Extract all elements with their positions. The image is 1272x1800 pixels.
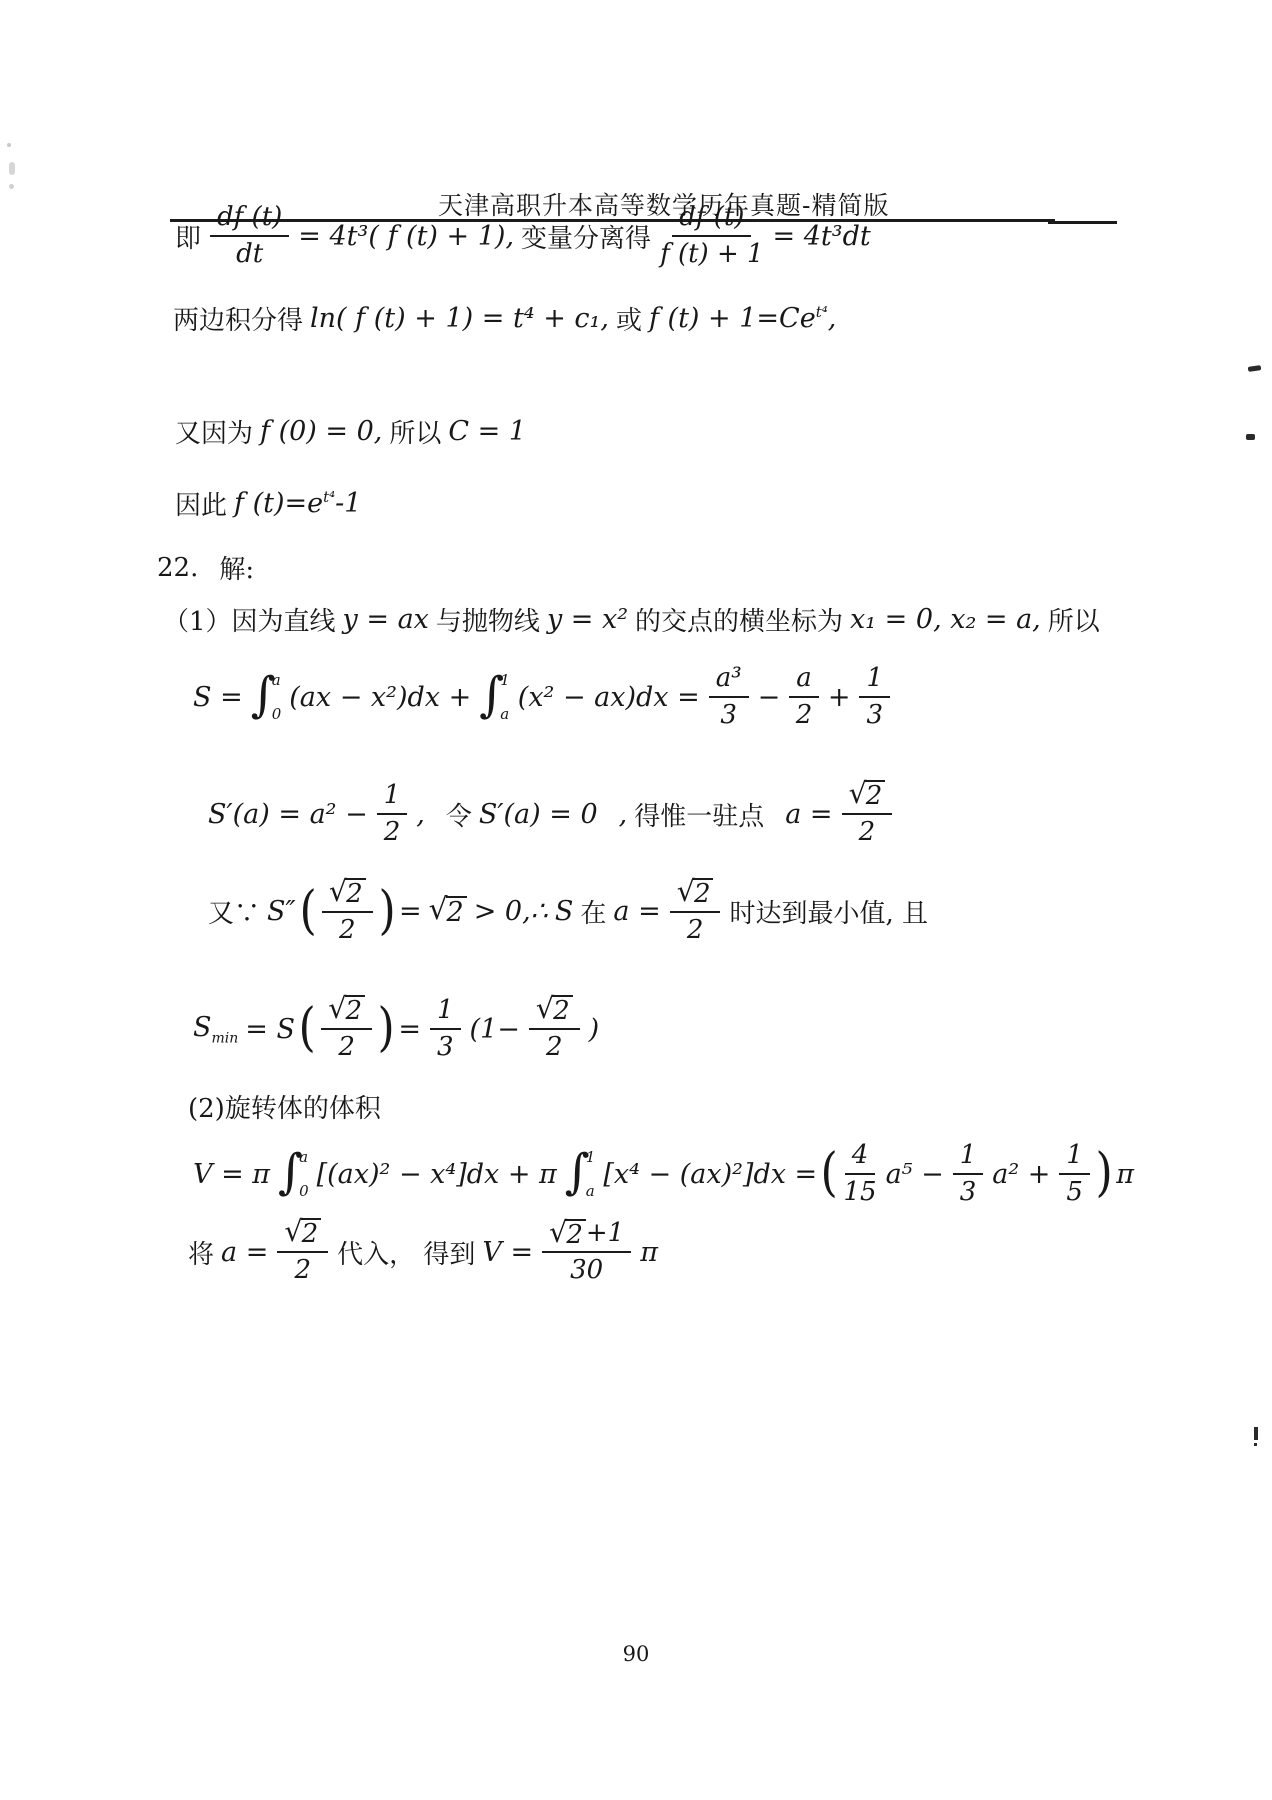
math-text: + <box>828 682 851 713</box>
math-text: V = π <box>193 1159 270 1190</box>
sqrt-expression: √2 <box>536 995 573 1026</box>
sqrt-expression: √2 <box>329 878 366 909</box>
fraction: df (t) f (t) + 1 <box>660 202 763 270</box>
math-text: f (t)=e <box>234 488 323 519</box>
fraction-denominator: 2 <box>294 1253 311 1286</box>
radicand: 2 <box>552 995 573 1026</box>
radical-sign: √ <box>549 1217 567 1247</box>
scan-artifact <box>7 143 11 147</box>
cn-text: 又∵ <box>208 893 260 930</box>
fraction: 1 5 <box>1059 1140 1090 1208</box>
radicand: 2 <box>345 995 366 1026</box>
fraction-numerator: √2 <box>670 878 721 913</box>
math-text: , <box>416 799 425 830</box>
sqrt-expression: √2 <box>328 995 365 1026</box>
cn-text: 得惟一驻点 <box>634 796 764 833</box>
step2-volume-integral: V = π ∫ a 0 [(ax)² − x⁴]dx + π ∫ 1 a [x⁴… <box>193 1140 1134 1208</box>
cn-text: 将 <box>188 1234 214 1271</box>
step1-second-derivative: 又∵ S″ ( √2 2 ) = √2 > 0,∴ S 在 a = √2 2 时… <box>208 878 928 946</box>
fraction-denominator: f (t) + 1 <box>660 237 763 270</box>
fraction: 1 3 <box>953 1140 984 1208</box>
fraction-numerator: 1 <box>430 995 461 1030</box>
scan-artifact <box>9 184 14 189</box>
math-text: [x⁴ − (ax)²]dx = <box>603 1159 817 1190</box>
cn-text: 又因为 <box>175 413 253 450</box>
fraction: 4 15 <box>843 1140 876 1208</box>
radicand: 2 <box>345 878 366 909</box>
cn-text: 代入， 得到 <box>337 1234 475 1271</box>
sqrt-expression: √2 <box>549 1219 586 1250</box>
fraction: 1 2 <box>377 780 408 848</box>
fraction-numerator: df (t) <box>672 202 751 237</box>
scan-artifact <box>1248 365 1262 372</box>
math-text: (ax − x²)dx + <box>289 682 471 713</box>
big-paren-right: ) <box>378 1008 395 1050</box>
math-text: a⁵ − <box>886 1159 944 1190</box>
big-paren-left: ( <box>299 891 316 933</box>
fraction-numerator: √2 <box>842 780 893 815</box>
fraction: √2 2 <box>670 878 721 946</box>
math-text: S″ <box>267 896 296 927</box>
math-text: π <box>1116 1159 1134 1190</box>
math-text: C = 1 <box>448 416 526 447</box>
math-text: a² + <box>992 1159 1050 1190</box>
step2-volume-result: 将 a = √2 2 代入， 得到 V = √2+1 30 π <box>188 1218 658 1286</box>
fraction: √2 2 <box>529 995 580 1063</box>
cn-text: （1）因为直线 <box>163 601 336 638</box>
integral: ∫ 1 a <box>565 1145 596 1203</box>
sqrt-expression: √2 <box>429 896 467 928</box>
math-text: (1− <box>470 1014 520 1045</box>
math-text: = 4t³dt <box>773 221 871 252</box>
cn-text: 所以 <box>1048 601 1100 638</box>
radicand: 2 <box>693 878 714 909</box>
fraction-numerator: √2+1 <box>542 1218 631 1253</box>
scan-artifact <box>1254 1443 1257 1446</box>
scan-artifact <box>1246 434 1255 440</box>
fraction-numerator: √2 <box>529 995 580 1030</box>
fraction-numerator: 1 <box>859 663 890 698</box>
fraction: √2 2 <box>842 780 893 848</box>
scan-artifact <box>9 162 15 175</box>
fraction-denominator: 2 <box>338 1030 355 1063</box>
fraction: df (t) dt <box>210 202 289 270</box>
sqrt-expression: √2 <box>284 1218 321 1249</box>
big-paren-left: ( <box>821 1153 838 1195</box>
cn-text: 因此 <box>175 485 227 522</box>
math-text: x₁ = 0, x₂ = a, <box>850 604 1041 635</box>
radical-sign: √ <box>536 993 554 1023</box>
fraction-numerator: a³ <box>709 663 749 698</box>
radicand: 2 <box>565 1219 586 1250</box>
math-text: , <box>619 799 628 830</box>
problem-22-label: 22. 解: <box>157 549 254 586</box>
fraction: √2 2 <box>322 878 373 946</box>
radical-sign: √ <box>328 993 346 1023</box>
radical-sign: √ <box>677 876 695 906</box>
superscript-exponent: t⁴ <box>816 303 828 321</box>
math-text: +1 <box>586 1218 624 1249</box>
subscript-label: min <box>212 1030 239 1046</box>
step1-min-value: Smin = S ( √2 2 ) = 1 3 (1− √2 2 ) <box>193 995 599 1063</box>
fraction-numerator: 1 <box>1059 1140 1090 1175</box>
fraction-numerator: √2 <box>321 995 372 1030</box>
math-text: > 0,∴ <box>474 896 548 927</box>
big-paren-right: ) <box>378 891 395 933</box>
math-text: ln( f (t) + 1) = t⁴ + c₁, <box>310 303 609 334</box>
fraction-numerator: √2 <box>277 1218 328 1253</box>
sqrt-expression: √2 <box>849 780 886 811</box>
math-text: = <box>398 1014 421 1045</box>
math-text: S′(a) = 0 <box>479 799 598 830</box>
fraction: a 2 <box>789 663 819 731</box>
fraction-numerator: a <box>789 663 819 698</box>
math-text: a = <box>221 1237 268 1268</box>
page-number: 90 <box>0 1642 1272 1666</box>
fraction-denominator: 2 <box>546 1030 563 1063</box>
cn-text: 时达到最小值, 且 <box>729 893 928 930</box>
fraction: √2+1 30 <box>542 1218 631 1286</box>
math-text: π <box>640 1237 658 1268</box>
step1-area-integral: S = ∫ a 0 (ax − x²)dx + ∫ 1 a (x² − ax)d… <box>193 663 892 731</box>
radical-sign: √ <box>429 894 448 925</box>
cn-text: 令 <box>446 796 472 833</box>
cn-text: 即 <box>175 218 201 255</box>
line-solution-ft: 因此 f (t)=et⁴-1 <box>175 485 361 522</box>
math-text: S′(a) = a² − <box>208 799 368 830</box>
superscript-exponent: t⁴ <box>323 488 335 506</box>
fraction-denominator: 3 <box>437 1030 454 1063</box>
scanned-document-page: 天津高职升本高等数学历年真题-精简版 即 df (t) dt = 4t³( f … <box>0 0 1272 1800</box>
math-text: f (t) + 1=Ce <box>649 303 816 334</box>
integral: ∫ 1 a <box>479 668 510 726</box>
math-text: -1 <box>335 488 361 519</box>
math-text: S = <box>193 682 243 713</box>
math-text: − <box>758 682 781 713</box>
math-text: a = <box>613 896 660 927</box>
math-text: (x² − ax)dx = <box>518 682 700 713</box>
problem-number: 22. <box>157 553 198 583</box>
fraction-denominator: 3 <box>960 1175 977 1208</box>
fraction: 1 3 <box>859 663 890 731</box>
math-text: S <box>555 896 574 927</box>
fraction-denominator: 5 <box>1066 1175 1083 1208</box>
scan-artifact <box>1254 1427 1258 1440</box>
radicand: 2 <box>865 780 886 811</box>
fraction-numerator: 1 <box>953 1140 984 1175</box>
cn-text: 与抛物线 <box>436 601 540 638</box>
math-text: S <box>193 1012 212 1043</box>
fraction-denominator: 15 <box>843 1175 876 1208</box>
fraction-denominator: 3 <box>866 698 883 731</box>
big-paren-left: ( <box>299 1008 316 1050</box>
cn-text: 在 <box>580 893 606 930</box>
fraction: √2 2 <box>277 1218 328 1286</box>
radicand: 2 <box>301 1218 322 1249</box>
radical-sign: √ <box>284 1216 302 1246</box>
cn-text: 两边积分得 <box>173 300 303 337</box>
big-paren-right: ) <box>1095 1153 1112 1195</box>
cn-text: 解: <box>219 549 254 586</box>
cn-text: 所以 <box>389 413 441 450</box>
step1-derivative: S′(a) = a² − 1 2 , 令 S′(a) = 0 , 得惟一驻点 a… <box>208 780 894 848</box>
line-initial-condition: 又因为 f (0) = 0, 所以 C = 1 <box>175 413 526 450</box>
integral: ∫ a 0 <box>251 668 282 726</box>
math-expression: Smin <box>193 1012 238 1046</box>
radical-sign: √ <box>329 876 347 906</box>
math-text: a = <box>785 799 832 830</box>
fraction: a³ 3 <box>709 663 749 731</box>
math-text: = <box>399 896 422 927</box>
integral-sign: ∫ <box>479 671 504 719</box>
math-text: y = ax <box>343 604 429 635</box>
sqrt-expression: √2 <box>677 878 714 909</box>
cn-text: 的交点的横坐标为 <box>635 601 843 638</box>
math-text: = S <box>245 1014 295 1045</box>
math-text: = 4t³( f (t) + 1), <box>298 221 514 252</box>
header-rule-segment <box>1048 221 1117 224</box>
math-expression: f (t) + 1=Cet⁴, <box>649 303 836 334</box>
fraction-denominator: 30 <box>570 1253 603 1286</box>
line-separate-variables: 即 df (t) dt = 4t³( f (t) + 1), 变量分离得 df … <box>175 202 871 270</box>
fraction-numerator: 4 <box>845 1140 876 1175</box>
integral-sign: ∫ <box>278 1148 303 1196</box>
cn-text: 变量分离得 <box>521 218 651 255</box>
fraction-denominator: dt <box>236 237 263 270</box>
fraction-denominator: 2 <box>796 698 813 731</box>
fraction: √2 2 <box>321 995 372 1063</box>
radicand: 2 <box>446 896 467 928</box>
integral-sign: ∫ <box>251 671 276 719</box>
fraction-denominator: 2 <box>384 815 401 848</box>
cn-text: (2)旋转体的体积 <box>188 1088 381 1125</box>
fraction: 1 3 <box>430 995 461 1063</box>
fraction-numerator: √2 <box>322 878 373 913</box>
fraction-numerator: df (t) <box>210 202 289 237</box>
fraction-denominator: 2 <box>859 815 876 848</box>
line-integrate-both-sides: 两边积分得 ln( f (t) + 1) = t⁴ + c₁, 或 f (t) … <box>173 300 836 337</box>
integral: ∫ a 0 <box>278 1145 309 1203</box>
integral-sign: ∫ <box>565 1148 590 1196</box>
math-text: [(ax)² − x⁴]dx + π <box>317 1159 557 1190</box>
radical-sign: √ <box>849 778 867 808</box>
math-text: , <box>828 303 837 334</box>
step1-intersection-statement: （1）因为直线 y = ax 与抛物线 y = x² 的交点的横坐标为 x₁ =… <box>163 601 1100 638</box>
math-text: V = <box>482 1237 533 1268</box>
fraction-denominator: 2 <box>687 913 704 946</box>
step2-label: (2)旋转体的体积 <box>188 1088 381 1125</box>
fraction-denominator: 2 <box>339 913 356 946</box>
math-text: y = x² <box>547 604 628 635</box>
fraction-denominator: 3 <box>720 698 737 731</box>
fraction-numerator: 1 <box>377 780 408 815</box>
math-text: f (0) = 0, <box>260 416 382 447</box>
cn-text: 或 <box>616 300 642 337</box>
math-expression: f (t)=et⁴-1 <box>234 488 361 519</box>
math-text: ) <box>589 1014 600 1045</box>
